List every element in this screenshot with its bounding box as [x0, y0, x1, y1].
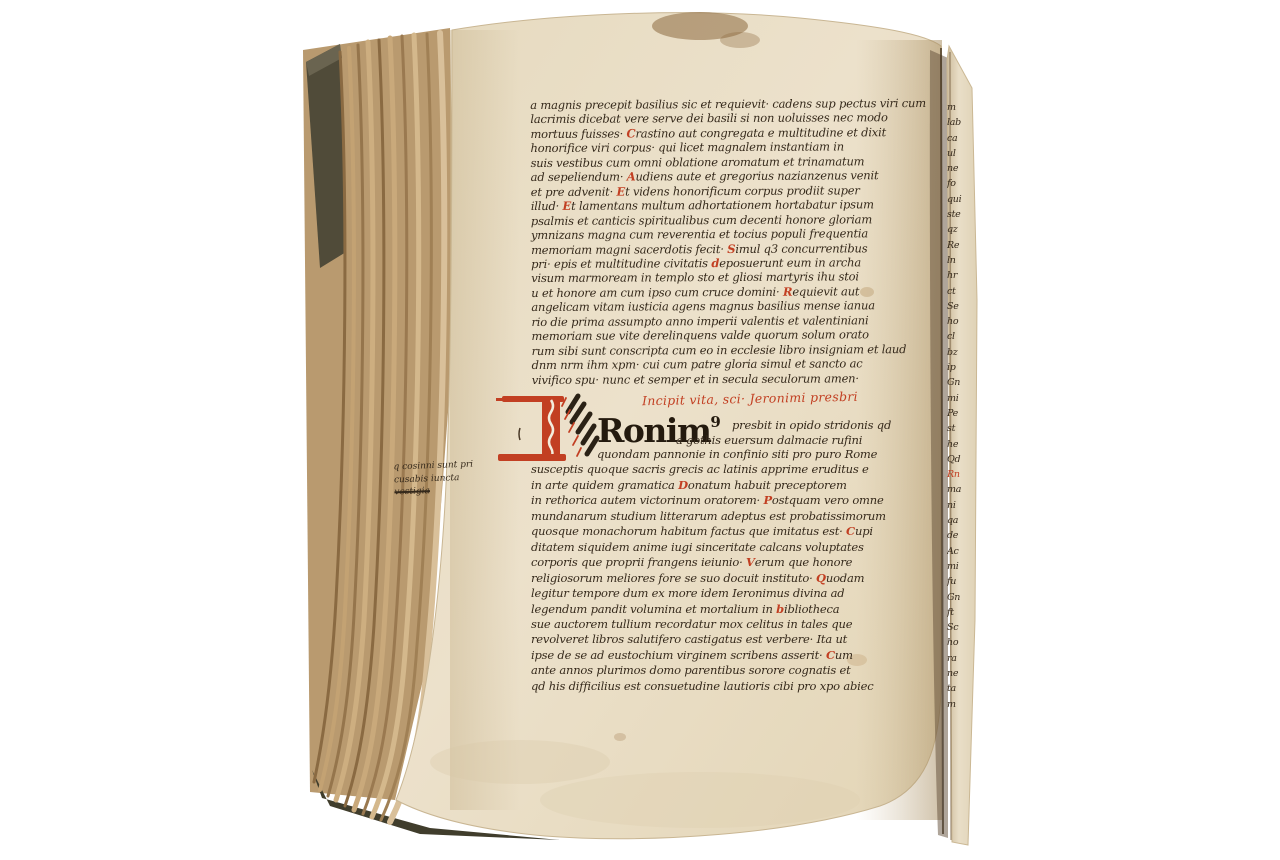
text-line: vivifico spu· nunc et semper et in secul… — [532, 371, 934, 388]
facing-page-line-fragment: m — [947, 697, 977, 712]
rubricated-capital: E — [562, 199, 571, 213]
facing-page-line-fragment: ne — [947, 161, 977, 176]
facing-page-line-fragment: ct — [947, 284, 977, 299]
rubricated-capital: E — [616, 184, 625, 198]
facing-page-line-fragment: Sc — [947, 620, 977, 635]
side-text-lines: presbit in opido stridonis qd a gothis e… — [676, 418, 891, 448]
facing-page-fragments: mlabcaulnefoquisteqzRelnhrctSehoclbzipGn… — [947, 100, 977, 718]
text-line: religiosorum meliores fore se suo docuit… — [531, 571, 933, 586]
facing-page-line-fragment: Re — [947, 238, 977, 253]
rubricated-capital: S — [727, 242, 735, 256]
facing-page-line-fragment: Rn — [947, 467, 977, 482]
rubricated-capital: C — [826, 648, 835, 662]
marginal-note: q cosinni sunt pricusabis iunctavestigia — [393, 459, 474, 499]
facing-page-line-fragment: ft — [947, 605, 977, 620]
text-line: in rethorica autem victorinum oratorem· … — [531, 493, 933, 508]
stray-pen-mark — [519, 428, 520, 440]
facing-page-line-fragment: ln — [947, 253, 977, 268]
text-line: mundanarum studium litterarum adeptus es… — [531, 509, 933, 524]
text-line: illud· Et lamentans multum adhortationem… — [531, 197, 933, 214]
text-line: quondam pannonie in confinio siti pro pu… — [531, 447, 933, 462]
facing-page-line-fragment: ho — [947, 314, 977, 329]
facing-page-line-fragment: fo — [947, 176, 977, 191]
text-line: in arte quidem gramatica Donatum habuit … — [531, 478, 933, 493]
text-line: corporis que proprii frangens ieiunio· V… — [531, 555, 933, 570]
rubricated-capital: V — [746, 555, 755, 569]
facing-page-line-fragment: Qd — [947, 452, 977, 467]
text-line: a gothis euersum dalmacie rufini — [676, 433, 891, 448]
facing-page-line-fragment: ra — [947, 651, 977, 666]
rubricated-capital: P — [763, 493, 771, 507]
opening-text-block: quondam pannonie in confinio siti pro pu… — [531, 447, 933, 694]
rubricated-capital: R — [783, 285, 792, 299]
facing-page-line-fragment: ne — [947, 666, 977, 681]
text-line: presbit in opido stridonis qd — [676, 418, 891, 433]
facing-page-line-fragment: ip — [947, 360, 977, 375]
rubricated-capital: A — [627, 170, 636, 184]
facing-page-line-fragment: lab — [947, 115, 977, 130]
facing-page-line-fragment: ste — [947, 207, 977, 222]
text-line: revolveret libros salutifero castigatus … — [531, 632, 933, 647]
text-line: legendum pandit volumina et mortalium in… — [531, 602, 933, 617]
facing-page-line-fragment: mi — [947, 391, 977, 406]
facing-page-line-fragment: Gn — [947, 375, 977, 390]
text-line: susceptis quoque sacris grecis ac latini… — [531, 462, 933, 477]
facing-page-line-fragment: Pe — [947, 406, 977, 421]
facing-page-line-fragment: ma — [947, 482, 977, 497]
text-line: ditatem siquidem anime iugi sinceritate … — [531, 540, 933, 555]
page-mottle — [430, 740, 610, 784]
text-line: mortuus fuisses· Crastino aut congregata… — [530, 125, 932, 142]
rubricated-capital: C — [626, 126, 635, 140]
facing-page-line-fragment: ca — [947, 131, 977, 146]
facing-page-line-fragment: Gn — [947, 590, 977, 605]
facing-page-line-fragment: qz — [947, 222, 977, 237]
stain — [720, 32, 760, 48]
rubricated-capital: D — [678, 478, 688, 492]
text-line: ad sepeliendum· Audiens aute et gregoriu… — [531, 168, 933, 185]
rubricated-capital: C — [846, 524, 855, 538]
facing-page-line-fragment: bz — [947, 345, 977, 360]
rubricated-capital: d — [711, 256, 719, 270]
text-line: ipse de se ad eustochium virginem scribe… — [531, 648, 933, 663]
facing-page-line-fragment: st — [947, 421, 977, 436]
text-line: sue auctorem tullium recordatur mox celi… — [531, 617, 933, 632]
facing-page-line-fragment: Se — [947, 299, 977, 314]
facing-page-line-fragment: cl — [947, 329, 977, 344]
text-line: angelicam vitam iusticia agens magnus ba… — [531, 298, 933, 315]
rubricated-capital: Q — [816, 571, 826, 585]
facing-page-line-fragment: hr — [947, 268, 977, 283]
facing-page-line-fragment: ni — [947, 498, 977, 513]
rubricated-capital: b — [776, 602, 784, 616]
facing-page-line-fragment: qui — [947, 192, 977, 207]
facing-page-line-fragment: qa — [947, 513, 977, 528]
facing-page-line-fragment: he — [947, 437, 977, 452]
facing-page-line-fragment: ta — [947, 681, 977, 696]
facing-page-line-fragment: ho — [947, 635, 977, 650]
facing-page-line-fragment: mi — [947, 559, 977, 574]
text-line: quosque monachorum habitum factus que im… — [531, 524, 933, 539]
page-mottle — [540, 772, 860, 828]
text-line: rum sibi sunt conscripta cum eo in eccle… — [532, 342, 934, 359]
text-line: qd his difficilius est consuetudine laut… — [531, 679, 933, 694]
stain — [614, 733, 626, 741]
facing-page-line-fragment: m — [947, 100, 977, 115]
text-line: legitur tempore dum ex more idem Ieronim… — [531, 586, 933, 601]
manuscript-photo: a magnis precepit basilius sic et requie… — [0, 0, 1280, 860]
facing-page-line-fragment: fu — [947, 574, 977, 589]
facing-page-line-fragment: Ac — [947, 544, 977, 559]
main-text-block: a magnis precepit basilius sic et requie… — [530, 96, 934, 387]
text-line: ante annos plurimos domo parentibus soro… — [531, 663, 933, 678]
facing-page-line-fragment: de — [947, 528, 977, 543]
facing-page-line-fragment: ul — [947, 146, 977, 161]
